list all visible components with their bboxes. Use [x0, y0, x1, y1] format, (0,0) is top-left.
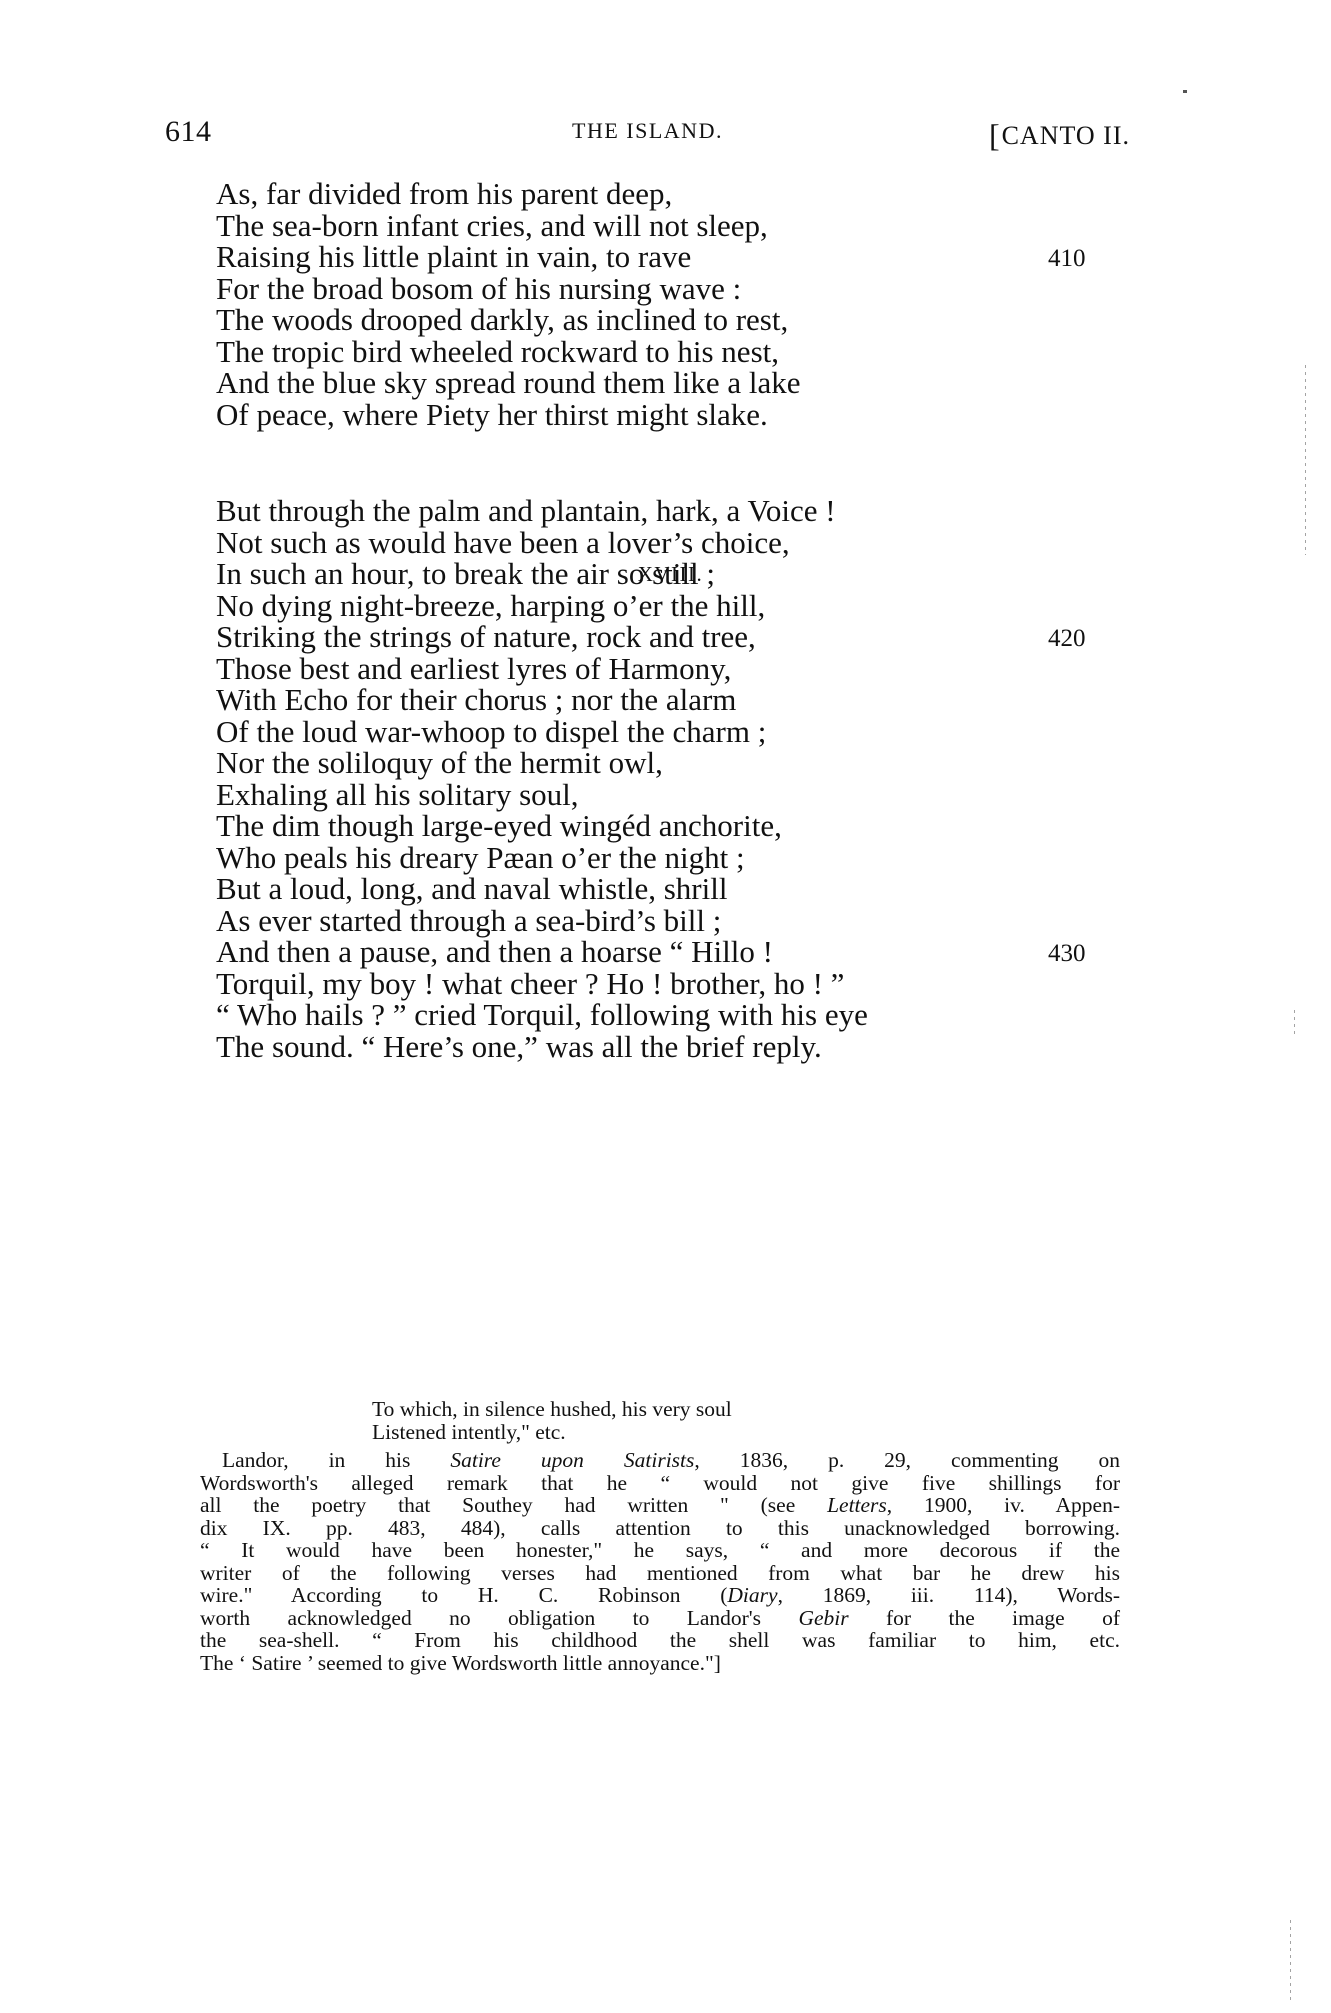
- running-head: 614 THE ISLAND. [CANTO II.: [165, 115, 1130, 155]
- verse-line: As ever started through a sea-bird’s bil…: [216, 905, 1116, 937]
- verse-text: Exhaling all his solitary soul,: [216, 777, 579, 812]
- verse-text: Raising his little plaint in vain, to ra…: [216, 239, 691, 274]
- verse-text: Striking the strings of nature, rock and…: [216, 619, 756, 654]
- footnote-text: wire." According to H. C. Robinson (: [200, 1583, 727, 1607]
- verse-text: As, far divided from his parent deep,: [216, 176, 672, 211]
- footnote-text: The ‘ Satire ’ seemed to give Wordsworth…: [200, 1651, 721, 1675]
- footnote-text: , 1900, iv. Appen-: [887, 1493, 1120, 1517]
- verse-text: The sea-born infant cries, and will not …: [216, 208, 768, 243]
- verse-text: For the broad bosom of his nursing wave …: [216, 271, 741, 306]
- verse-line: Those best and earliest lyres of Harmony…: [216, 653, 1116, 685]
- footnote-italic-title: Satire upon Satirists: [450, 1448, 694, 1472]
- verse-line: “ Who hails ? ” cried Torquil, following…: [216, 999, 1116, 1031]
- footnote-text: writer of the following verses had menti…: [200, 1561, 1120, 1585]
- footnote-text: dix IX. pp. 483, 484), calls attention t…: [200, 1516, 1120, 1540]
- verse-text: The tropic bird wheeled rockward to his …: [216, 334, 779, 369]
- verse-line: Of peace, where Piety her thirst might s…: [216, 399, 1116, 431]
- scan-edge-mark: [1305, 365, 1306, 555]
- verse-line: The woods drooped darkly, as inclined to…: [216, 304, 1116, 336]
- footnote-text: , 1836, p. 29, commenting on: [694, 1448, 1120, 1472]
- verse-text: The dim though large-eyed wingéd anchori…: [216, 808, 782, 843]
- verse-text: In such an hour, to break the air so sti…: [216, 556, 715, 591]
- verse-line: As, far divided from his parent deep,: [216, 178, 1116, 210]
- verse-line: But a loud, long, and naval whistle, shr…: [216, 873, 1116, 905]
- footnote-text: worth acknowledged no obligation to Land…: [200, 1606, 798, 1630]
- footnote-text: , 1869, iii. 114), Words-: [778, 1583, 1120, 1607]
- footnote-italic-title: Letters: [827, 1493, 887, 1517]
- verse-text: No dying night-breeze, harping o’er the …: [216, 588, 765, 623]
- footnote-quotation: To which, in silence hushed, his very so…: [372, 1398, 1292, 1443]
- canto-text: CANTO II.: [1002, 121, 1130, 150]
- footnote-line: Landor, in his Satire upon Satirists, 18…: [200, 1449, 1120, 1472]
- verse-line: For the broad bosom of his nursing wave …: [216, 273, 1116, 305]
- verse-text: The sound. “ Here’s one,” was all the br…: [216, 1029, 822, 1064]
- footnote-text: the sea-shell. “ From his childhood the …: [200, 1628, 1120, 1652]
- footnote-line: writer of the following verses had menti…: [200, 1562, 1120, 1585]
- verse-line: Exhaling all his solitary soul,: [216, 779, 1116, 811]
- footnote-line: wire." According to H. C. Robinson (Diar…: [200, 1584, 1120, 1607]
- verse-text: “ Who hails ? ” cried Torquil, following…: [216, 997, 868, 1032]
- footnote-text: all the poetry that Southey had written …: [200, 1493, 827, 1517]
- footnote-body: Landor, in his Satire upon Satirists, 18…: [200, 1449, 1120, 1674]
- verse-line: And then a pause, and then a hoarse “ Hi…: [216, 936, 1116, 968]
- stanza-continuation: As, far divided from his parent deep,The…: [216, 178, 1116, 430]
- footnote-italic-title: Diary: [727, 1583, 777, 1607]
- footnote-quote-line: Listened intently," etc.: [372, 1421, 1292, 1444]
- verse-line: The dim though large-eyed wingéd anchori…: [216, 810, 1116, 842]
- scan-edge-mark: [1290, 1920, 1291, 2000]
- running-title: THE ISLAND.: [165, 118, 1130, 144]
- verse-line: Nor the soliloquy of the hermit owl,: [216, 747, 1116, 779]
- verse-text: The woods drooped darkly, as inclined to…: [216, 302, 788, 337]
- footnote-line: dix IX. pp. 483, 484), calls attention t…: [200, 1517, 1120, 1540]
- verse-line: Raising his little plaint in vain, to ra…: [216, 241, 1116, 273]
- verse-text: Of the loud war-whoop to dispel the char…: [216, 714, 766, 749]
- verse-line: Not such as would have been a lover’s ch…: [216, 527, 1116, 559]
- verse-text: Torquil, my boy ! what cheer ? Ho ! brot…: [216, 966, 844, 1001]
- footnote-line: “ It would have been honester," he says,…: [200, 1539, 1120, 1562]
- verse-line: The sound. “ Here’s one,” was all the br…: [216, 1031, 1116, 1063]
- bracket-glyph: [: [989, 117, 1001, 153]
- verse-line: With Echo for their chorus ; nor the ala…: [216, 684, 1116, 716]
- footnote-text: “ It would have been honester," he says,…: [200, 1538, 1120, 1562]
- scan-edge-mark: [1294, 1010, 1295, 1035]
- verse-text: Who peals his dreary Pæan o’er the night…: [216, 840, 745, 875]
- footnote-line: The ‘ Satire ’ seemed to give Wordsworth…: [200, 1652, 1120, 1675]
- verse-text: Nor the soliloquy of the hermit owl,: [216, 745, 663, 780]
- footnote-line: Wordsworth's alleged remark that he “ wo…: [200, 1472, 1120, 1495]
- verse-text: Of peace, where Piety her thirst might s…: [216, 397, 768, 432]
- footnote-line: the sea-shell. “ From his childhood the …: [200, 1629, 1120, 1652]
- verse-text: Those best and earliest lyres of Harmony…: [216, 651, 731, 686]
- verse-text: But through the palm and plantain, hark,…: [216, 493, 836, 528]
- canto-label: [CANTO II.: [989, 115, 1130, 152]
- footnote-text: Wordsworth's alleged remark that he “ wo…: [200, 1471, 1120, 1495]
- verse-line: The sea-born infant cries, and will not …: [216, 210, 1116, 242]
- verse-line: And the blue sky spread round them like …: [216, 367, 1116, 399]
- footnote-text: for the image of: [849, 1606, 1120, 1630]
- footnote-line: worth acknowledged no obligation to Land…: [200, 1607, 1120, 1630]
- verse-line: Who peals his dreary Pæan o’er the night…: [216, 842, 1116, 874]
- verse-text: And then a pause, and then a hoarse “ Hi…: [216, 934, 773, 969]
- footnote-quote-line: To which, in silence hushed, his very so…: [372, 1398, 1292, 1421]
- footnote-italic-title: Gebir: [798, 1606, 848, 1630]
- verse-text: Not such as would have been a lover’s ch…: [216, 525, 790, 560]
- scan-speck: [1183, 90, 1187, 93]
- verse-line: But through the palm and plantain, hark,…: [216, 495, 1116, 527]
- verse-line: In such an hour, to break the air so sti…: [216, 558, 1116, 590]
- verse-line: Torquil, my boy ! what cheer ? Ho ! brot…: [216, 968, 1116, 1000]
- verse-line: The tropic bird wheeled rockward to his …: [216, 336, 1116, 368]
- verse-line: Striking the strings of nature, rock and…: [216, 621, 1116, 653]
- verse-text: With Echo for their chorus ; nor the ala…: [216, 682, 736, 717]
- book-page: 614 THE ISLAND. [CANTO II. As, far divid…: [0, 0, 1331, 2013]
- verse-text: As ever started through a sea-bird’s bil…: [216, 903, 721, 938]
- verse-line: Of the loud war-whoop to dispel the char…: [216, 716, 1116, 748]
- line-number: 420: [1048, 623, 1086, 655]
- footnote-text: Landor, in his: [222, 1448, 450, 1472]
- stanza-xviii: But through the palm and plantain, hark,…: [216, 495, 1116, 1062]
- verse-text: And the blue sky spread round them like …: [216, 365, 801, 400]
- footnote-line: all the poetry that Southey had written …: [200, 1494, 1120, 1517]
- line-number: 430: [1048, 938, 1086, 970]
- verse-line: No dying night-breeze, harping o’er the …: [216, 590, 1116, 622]
- line-number: 410: [1048, 243, 1086, 275]
- verse-text: But a loud, long, and naval whistle, shr…: [216, 871, 727, 906]
